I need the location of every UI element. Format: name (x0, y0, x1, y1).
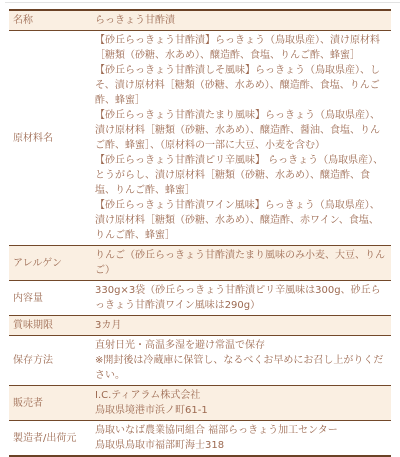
value-line: I.C.ティアラム株式会社 (95, 388, 387, 400)
row-label-allergen: アレルゲン (9, 246, 91, 281)
row-label-storage: 保存方法 (9, 336, 91, 386)
row-label-seller: 販売者 (9, 386, 91, 401)
value-line: 直射日光・高温多湿を避け常温で保存 (95, 338, 387, 353)
value-line: 【砂丘らっきょう甘酢漬】らっきょう（鳥取県産）、漬け原材料［糖類（砂糖、水あめ）… (95, 33, 387, 63)
value-line: 【砂丘らっきょう甘酢漬たまり風味】らっきょう（鳥取県産）、漬け原材料［糖類（砂糖… (95, 108, 387, 153)
product-spec-table: 名称 らっきょう甘酢漬 原材料名 【砂丘らっきょう甘酢漬】らっきょう（鳥取県産）… (9, 9, 391, 400)
row-value-shelf-life: 3カ月 (91, 316, 391, 336)
row-value-contents: 330g×3袋（砂丘らっきょう甘酢漬ピリ辛風味は300g、砂丘らっきょう甘酢漬ワ… (91, 281, 391, 316)
value-line: りんご（砂丘らっきょう甘酢漬たまり風味のみ小麦、大豆、りんご） (95, 248, 387, 278)
value-line: 【砂丘らっきょう甘酢漬ワイン風味】らっきょう（鳥取県産）、漬け原材料［糖類（砂糖… (95, 198, 387, 243)
table-row-shelf-life: 賞味期限 3カ月 (9, 316, 391, 336)
row-value-ingredients: 【砂丘らっきょう甘酢漬】らっきょう（鳥取県産）、漬け原材料［糖類（砂糖、水あめ）… (91, 31, 391, 246)
row-label-contents: 内容量 (9, 281, 91, 316)
value-line: 【砂丘らっきょう甘酢漬しそ風味】らっきょう（鳥取県産）、しそ、漬け原材料［糖類（… (95, 63, 387, 108)
table-row-name: 名称 らっきょう甘酢漬 (9, 10, 391, 31)
value-line: 【砂丘らっきょう甘酢漬ピリ辛風味】 らっきょう（鳥取県産）、とうがらし、漬け原材… (95, 153, 387, 198)
value-line: 330g×3袋（砂丘らっきょう甘酢漬ピリ辛風味は300g、砂丘らっきょう甘酢漬ワ… (95, 283, 387, 313)
row-value-allergen: りんご（砂丘らっきょう甘酢漬たまり風味のみ小麦、大豆、りんご） (91, 246, 391, 281)
table-row-seller: 販売者 I.C.ティアラム株式会社 鳥取県境港市浜ノ町61-1 (9, 386, 391, 401)
page-divider (5, 2, 400, 3)
row-value-storage: 直射日光・高温多湿を避け常温で保存 ※開封後は冷蔵庫に保管し、なるべくお早めにお… (91, 336, 391, 386)
row-value-seller: I.C.ティアラム株式会社 鳥取県境港市浜ノ町61-1 (91, 386, 391, 401)
value-line: らっきょう甘酢漬 (95, 13, 387, 28)
value-line: ※開封後は冷蔵庫に保管し、なるべくお早めにお召し上がりください。 (95, 353, 387, 383)
row-value-name: らっきょう甘酢漬 (91, 10, 391, 31)
table-row-storage: 保存方法 直射日光・高温多湿を避け常温で保存 ※開封後は冷蔵庫に保管し、なるべく… (9, 336, 391, 386)
row-label-shelf-life: 賞味期限 (9, 316, 91, 336)
row-label-ingredients: 原材料名 (9, 31, 91, 246)
table-row-ingredients: 原材料名 【砂丘らっきょう甘酢漬】らっきょう（鳥取県産）、漬け原材料［糖類（砂糖… (9, 31, 391, 246)
value-line: 3カ月 (95, 318, 387, 333)
table-row-allergen: アレルゲン りんご（砂丘らっきょう甘酢漬たまり風味のみ小麦、大豆、りんご） (9, 246, 391, 281)
table-row-contents: 内容量 330g×3袋（砂丘らっきょう甘酢漬ピリ辛風味は300g、砂丘らっきょう… (9, 281, 391, 316)
row-label-name: 名称 (9, 10, 91, 31)
